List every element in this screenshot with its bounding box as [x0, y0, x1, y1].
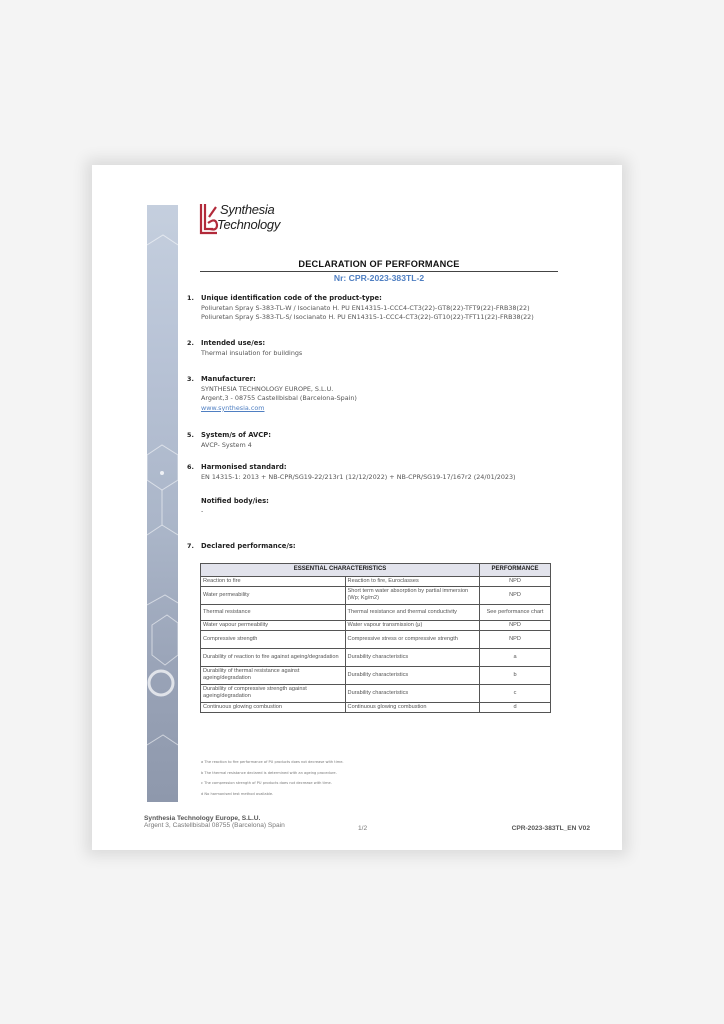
performance-cell: NPD	[480, 620, 551, 630]
method-cell: Durability characteristics	[345, 666, 480, 684]
table-row: Water permeabilityShort term water absor…	[201, 587, 551, 604]
performance-cell: NPD	[480, 630, 551, 648]
footnotes: a The reaction to fire performance of PU…	[201, 757, 344, 799]
table-row: Compressive strengthCompressive stress o…	[201, 630, 551, 648]
essential-characteristics-header: ESSENTIAL CHARACTERISTICS	[201, 564, 480, 577]
section-declared-performance: 7. Declared performance/s:	[187, 542, 587, 552]
company-logo: Synthesia Technology	[198, 201, 298, 237]
method-cell: Continuous glowing combustion	[345, 702, 480, 712]
characteristic-cell: Water vapour permeability	[201, 620, 346, 630]
manufacturer-website-link[interactable]: www.synthesia.com	[201, 404, 264, 412]
table-row: Thermal resistanceThermal resistance and…	[201, 604, 551, 620]
title-divider	[200, 271, 558, 272]
decorative-sidebar-strip	[147, 205, 178, 802]
method-cell: Durability characteristics	[345, 648, 480, 666]
document-page: Synthesia Technology DECLARATION OF PERF…	[92, 165, 622, 850]
method-cell: Reaction to fire, Euroclasses	[345, 577, 480, 587]
performance-cell: a	[480, 648, 551, 666]
table-row: Water vapour permeabilityWater vapour tr…	[201, 620, 551, 630]
section-harmonised-standard: 6. Harmonised standard: EN 14315-1: 2013…	[187, 463, 587, 482]
method-cell: Durability characteristics	[345, 684, 480, 702]
characteristic-cell: Continuous glowing combustion	[201, 702, 346, 712]
document-number: Nr: CPR-2023-383TL-2	[200, 273, 558, 283]
footnote: a The reaction to fire performance of PU…	[201, 757, 344, 768]
footer-company: Synthesia Technology Europe, S.L.U.	[144, 815, 584, 822]
performance-cell: See performance chart	[480, 604, 551, 620]
table-row: Durability of compressive strength again…	[201, 684, 551, 702]
section-product-code: 1. Unique identification code of the pro…	[187, 294, 587, 323]
footnote: d No harmonised test method available.	[201, 789, 344, 800]
characteristic-cell: Water permeability	[201, 587, 346, 604]
document-reference: CPR-2023-383TL_EN V02	[512, 825, 590, 832]
method-cell: Water vapour transmission (μ)	[345, 620, 480, 630]
logo-text: Synthesia Technology	[217, 202, 280, 232]
method-cell: Compressive stress or compressive streng…	[345, 630, 480, 648]
performance-table: ESSENTIAL CHARACTERISTICS PERFORMANCE Re…	[200, 563, 551, 713]
table-header-row: ESSENTIAL CHARACTERISTICS PERFORMANCE	[201, 564, 551, 577]
footnote: b The thermal resistance declared is det…	[201, 768, 344, 779]
section-manufacturer: 3. Manufacturer: SYNTHESIA TECHNOLOGY EU…	[187, 375, 587, 413]
table-row: Durability of thermal resistance against…	[201, 666, 551, 684]
table-row: Reaction to fireReaction to fire, Eurocl…	[201, 577, 551, 587]
footnote: c The compression strength of PU product…	[201, 778, 344, 789]
characteristic-cell: Compressive strength	[201, 630, 346, 648]
table-row: Continuous glowing combustionContinuous …	[201, 702, 551, 712]
characteristic-cell: Durability of compressive strength again…	[201, 684, 346, 702]
page-footer: Synthesia Technology Europe, S.L.U. Arge…	[144, 815, 584, 829]
table-row: Durability of reaction to fire against a…	[201, 648, 551, 666]
hexagon-pattern-icon	[147, 205, 178, 802]
characteristic-cell: Durability of thermal resistance against…	[201, 666, 346, 684]
document-title: DECLARATION OF PERFORMANCE	[200, 259, 558, 269]
performance-header: PERFORMANCE	[480, 564, 551, 577]
performance-cell: b	[480, 666, 551, 684]
section-intended-use: 2. Intended use/es: Thermal insulation f…	[187, 339, 587, 358]
section-notified-body: Notified body/ies: -	[187, 497, 587, 516]
performance-cell: d	[480, 702, 551, 712]
characteristic-cell: Reaction to fire	[201, 577, 346, 587]
characteristic-cell: Durability of reaction to fire against a…	[201, 648, 346, 666]
performance-cell: NPD	[480, 587, 551, 604]
section-avcp: 5. System/s of AVCP: AVCP- System 4	[187, 431, 587, 450]
page-number: 1/2	[358, 825, 367, 832]
performance-cell: NPD	[480, 577, 551, 587]
performance-cell: c	[480, 684, 551, 702]
method-cell: Thermal resistance and thermal conductiv…	[345, 604, 480, 620]
characteristic-cell: Thermal resistance	[201, 604, 346, 620]
method-cell: Short term water absorption by partial i…	[345, 587, 480, 604]
